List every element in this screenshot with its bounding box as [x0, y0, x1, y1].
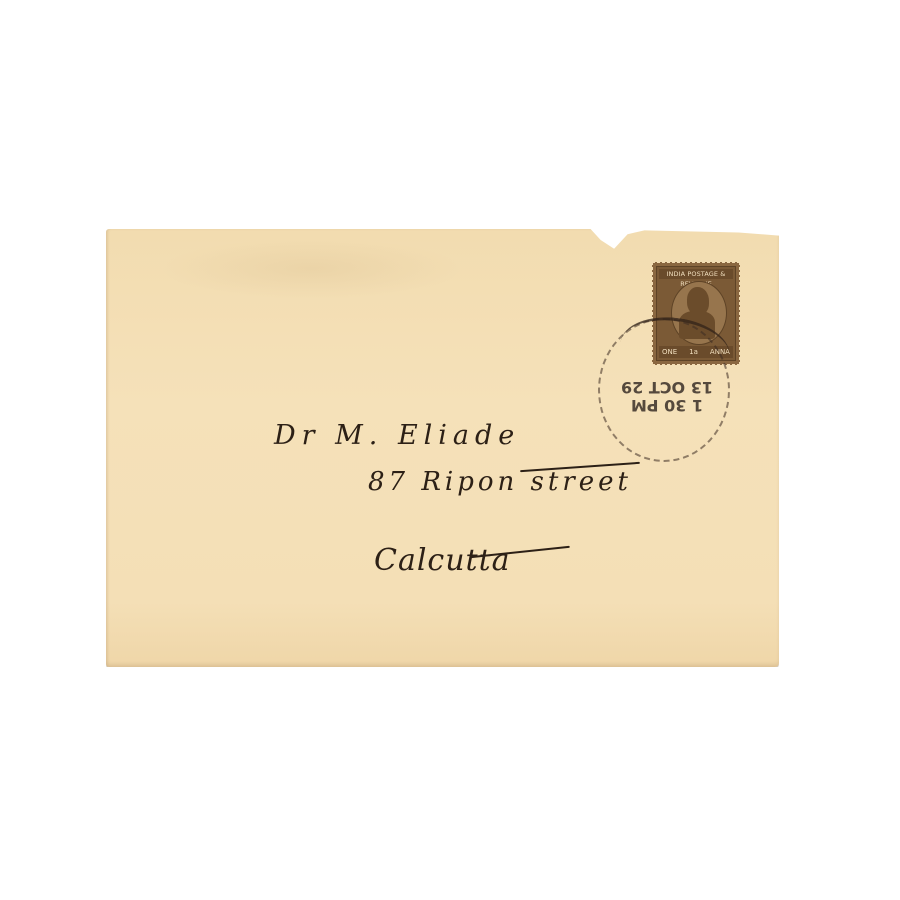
postmark-date: 13 OCT 29	[612, 378, 722, 396]
stamp-header-text: INDIA POSTAGE & REVENUE	[659, 269, 733, 279]
address-street: 87 Ripon street	[368, 467, 632, 497]
address-city: Calcutta	[374, 543, 511, 578]
address-recipient: Dr M. Eliade	[274, 420, 520, 451]
postmark-time: 1 30 PM	[612, 396, 722, 414]
postmark-text: 1 30 PM 13 OCT 29	[612, 378, 722, 414]
